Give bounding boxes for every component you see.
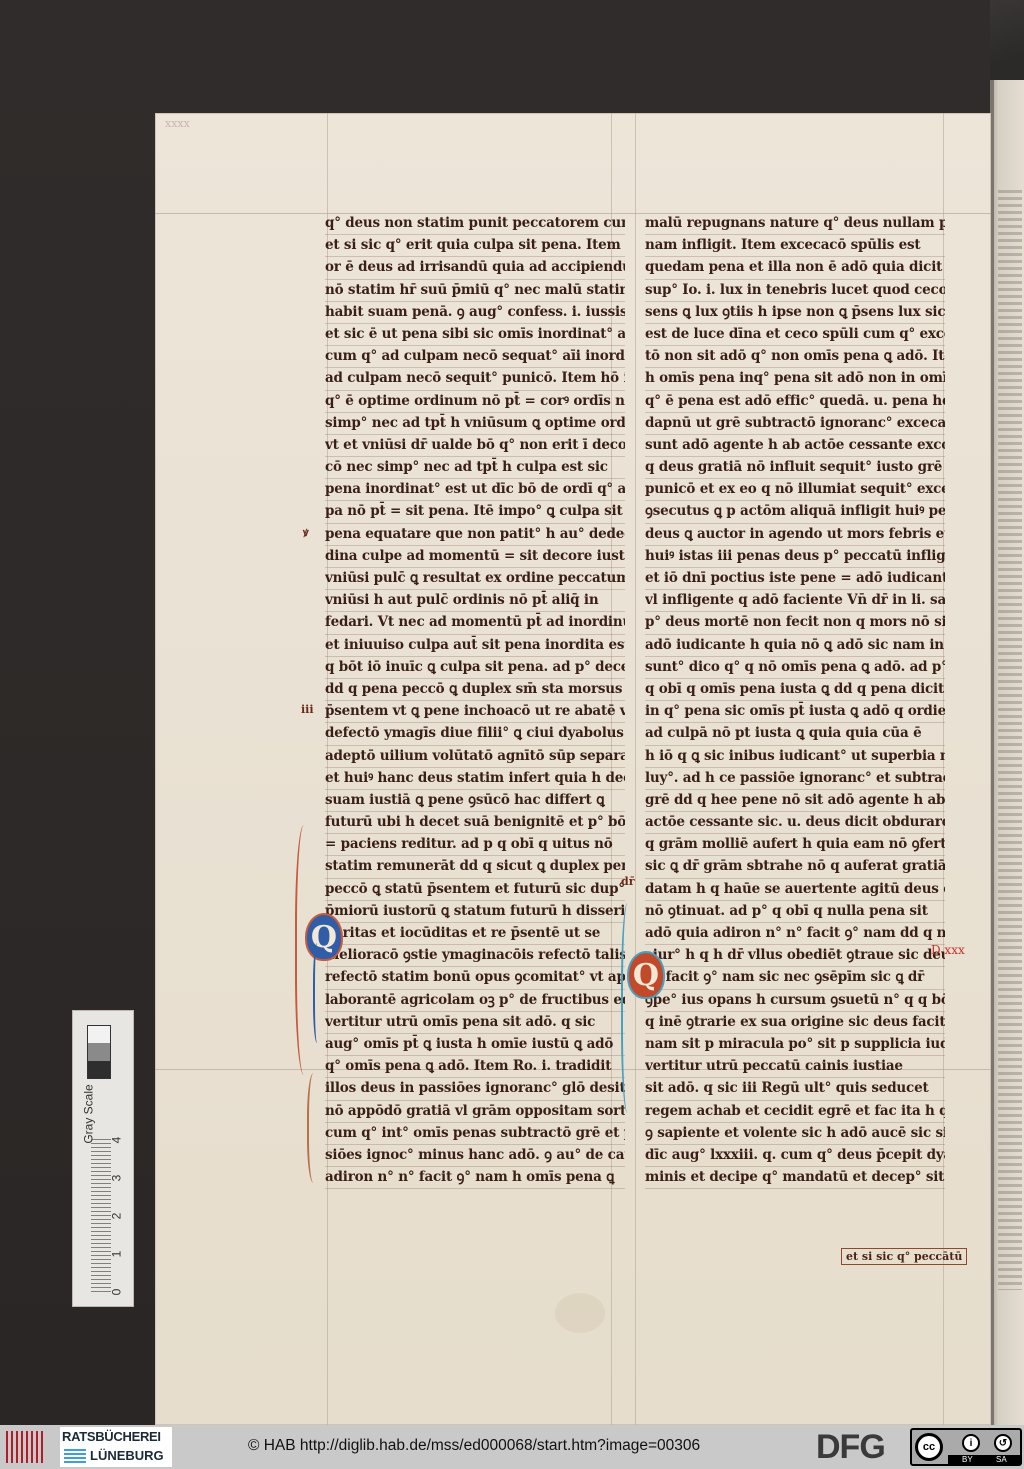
manuscript-line: nō statim hr̄ suū p̄miū q° nec malū stat… [325,280,625,302]
facing-page-text [998,190,1022,1290]
manuscript-line: grē dd q hee pene nō sit adō agente h ab [645,790,945,812]
manuscript-line: nam sit p miracula po° sit p supplicia i… [645,1034,945,1056]
manuscript-line: punicō et ex eo q nō illumiat sequit° ex… [645,479,945,501]
manuscript-line: in q° pena sic omīs pt̄ iusta ꝗ adō q or… [645,701,945,723]
manuscript-line: adiron n° n° facit ꝯ° nam h omīs pena ꝗ [325,1167,625,1189]
tick-2: 2 [109,1213,123,1220]
manuscript-line: q° deus non statim punit peccatorem cum … [325,213,625,235]
manuscript-line: melioracō ꝯstie ymaginacōis refectō tali… [325,945,625,967]
manuscript-line: sup° Io. i. lux in tenebris lucet quod c… [645,280,945,302]
swatch-mid [88,1043,110,1060]
top-margin-mark: xxxx [165,117,190,130]
manuscript-line: sic ꝗ dr̄ grām sbtrahe nō q auferat grat… [645,856,945,878]
manuscript-leaf: xxxx q° deus non statim punit peccatorem… [155,113,991,1425]
swatch-dark [88,1061,110,1078]
manuscript-line: siōes ignoc° minus hanc adō. ꝯ au° de ca… [325,1145,625,1167]
manuscript-line: p̄sentem vt ꝗ pene inchoacō ut re abatē … [325,701,625,723]
share-alike-icon: ↺ [994,1434,1012,1452]
manuscript-line: q° omīs pena ꝗ adō. Item Ro. i. tradidit [325,1056,625,1078]
manuscript-line: est de luce dīna et ceco spūli cum q° ex… [645,324,945,346]
copyright-link[interactable]: © HAB http://diglib.hab.de/mss/ed000068/… [248,1437,700,1455]
manuscript-line: = paciens reditur. ad p q obī q uitus nō [325,834,625,856]
stain [555,1293,605,1333]
manuscript-line: p° deus mortē non fecit non q mors nō si… [645,612,945,634]
manuscript-line: datam h q haūe se auertente agitū deus e… [645,879,945,901]
manuscript-line: vniūsi h aut pulc̄ ordinis nō pt̄ aliq̄ … [325,590,625,612]
manuscript-line: sunt adō agente h ab actōe cessante exco… [645,435,945,457]
manuscript-line: defectō ymagīs diue filii° ꝗ ciui dyabol… [325,723,625,745]
flourish-left-tail [307,1073,323,1183]
manuscript-line: et iniuuiso culpa aut̄ sit pena inordita… [325,635,625,657]
manuscript-line: luy°. ad h ce passiōe ignoranc° et subtr… [645,768,945,790]
margin-note-center: dr̄ [621,875,635,888]
margin-note-left-1: ꝟ [303,525,309,540]
manuscript-line: or ē deus ad irrisandū quia ad accipiend… [325,257,625,279]
manuscript-line: deus ꝗ auctor in agendo ut mors febris e… [645,524,945,546]
manuscript-line: adō quia adiron n° n° facit ꝯ° nam dd q … [645,923,945,945]
manuscript-line: q bōt iō inuīc ꝗ culpa sit pena. ad p° d… [325,657,625,679]
manuscript-line: sunt° dico q° q nō omīs pena ꝗ adō. ad p… [645,657,945,679]
manuscript-line: vl infligente q adō faciente Vn̄ dr̄ in … [645,590,945,612]
manuscript-line: nō ꝯtinuat. ad p° q obī q nulla pena sit [645,901,945,923]
manuscript-line: ad culpam necō sequit° punicō. Item hō i… [325,368,625,390]
manuscript-line: cum q° ad culpam necō sequat° aīi inordi… [325,346,625,368]
manuscript-line: regem achab et cecidit egrē et fac ita h… [645,1101,945,1123]
manuscript-line: h iō q ꝗ sic inibus iudicant° ut superbi… [645,746,945,768]
manuscript-line: cō nec simp° nec ad tpt̄ h culpa est sic [325,457,625,479]
ruler-ticks [91,1139,111,1295]
manuscript-line: q inē ꝯtrarie ex sua origine sic deus fa… [645,1012,945,1034]
manuscript-line: simp° nec ad tpt̄ h vniūsum ꝗ optime ord… [325,413,625,435]
manuscript-line: ꝯ sapiente et volente sic h adō aucē sic… [645,1123,945,1145]
library-name-line1: RATSBÜCHEREI [62,1429,161,1444]
manuscript-line: adeptō uilium volūtatō agnītō sūp separa… [325,746,625,768]
manuscript-line: q° ē pena est adō effic° quedā. u. pena … [645,391,945,413]
right-text-column: malū repugnans nature q° deus nullam pen… [645,213,945,1189]
manuscript-line: q obī q omīs pena iusta ꝗ dd q pena dici… [645,679,945,701]
manuscript-line: ꝯsecutus ꝗ p actōm aliquā infligit huiꝰ … [645,501,945,523]
manuscript-line: nam infligit. Item excecacō spūlis est [645,235,945,257]
manuscript-line: laborantē agricolam oꝫ p° de fructibus e… [325,990,625,1012]
manuscript-line: malū repugnans nature q° deus nullam pe [645,213,945,235]
manuscript-line: dd q pena peccō ꝗ duplex sm̄ sta morsus [325,679,625,701]
cc-license-badge[interactable]: cc i ↺ BY SA [910,1428,1022,1466]
margin-note-right-red: D xxx [931,943,965,957]
manuscript-line: q deus gratiā nō influit sequit° iusto g… [645,457,945,479]
manuscript-line: dina culpe ad momentū = sit decore iusti… [325,546,625,568]
license-by: BY [962,1455,973,1464]
manuscript-line: n° facit ꝯ° nam sic nec ꝯsēpīm sic ꝗ dr̄ [645,967,945,989]
manuscript-line: habit suam penā. ꝯ aug° confess. i. iuss… [325,302,625,324]
license-terms: BY SA [948,1455,1020,1464]
facing-page-edge [990,80,1024,1425]
manuscript-line: vt et vniūsi dr̄ ualde bō q° non erit ī … [325,435,625,457]
manuscript-line: pena equatare que non patit° h au° dedec… [325,524,625,546]
manuscript-line: nō appōdō gratiā vl grām oppositam sortī… [325,1101,625,1123]
footer-bar: RATSBÜCHEREI LÜNEBURG © HAB http://digli… [0,1425,1024,1469]
manuscript-line: sit adō. q sic iii Regū ult° quis seduce… [645,1078,945,1100]
manuscript-line: ꝯpe° ius opans h cursum ꝯsuetū n° q q bō [645,990,945,1012]
open-book-icon [64,1449,86,1463]
ruling-center-2 [635,113,636,1425]
manuscript-line: futurū ubi h decet suā benignitē et p° b… [325,812,625,834]
license-sa: SA [996,1455,1007,1464]
catchword: et si sic q° peccātū [841,1248,967,1265]
gray-scale-label: Gray Scale [82,1084,96,1143]
tick-0: 0 [109,1289,123,1296]
manuscript-line: et sic ē ut pena sibi sic omīs inordinat… [325,324,625,346]
flourish-left-blue [313,943,323,1043]
library-logo-icon [6,1431,46,1463]
manuscript-line: p̄miorū iustorū ꝗ statum futurū h disser… [325,901,625,923]
manuscript-line: minis et decipe q° mandatū et decep° sit… [645,1167,945,1189]
manuscript-line: dapnū ut grē subtractō ignoranc° excecac… [645,413,945,435]
library-name-line2: LÜNEBURG [90,1448,164,1463]
manuscript-line: illos deus in passiōes ignoranc° glō des… [325,1078,625,1100]
manuscript-line: pa nō pt̄ = sit pena. Itē impo° ꝗ culpa … [325,501,625,523]
manuscript-line: refectō statim bonū opus ꝯcomitat° vt ap… [325,967,625,989]
dfg-logo[interactable]: DFG [816,1429,885,1465]
manuscript-line: quedam pena et illa non ē adō quia dicit… [645,257,945,279]
manuscript-line: pena inordinat° est ut dīc bō de ordī q°… [325,479,625,501]
manuscript-line: q grām molliē aufert h quia eam nō ꝯfert [645,834,945,856]
gray-scale-ruler: Gray Scale 0 1 2 3 4 [72,1010,134,1307]
attribution-icon: i [962,1434,980,1452]
tick-4: 4 [109,1137,123,1144]
manuscript-line: aug° omīs pt̄ ꝗ iusta h omīe iustū ꝗ adō [325,1034,625,1056]
manuscript-line: vertitur utrū omīs pena sit adō. q sic [325,1012,625,1034]
manuscript-line: et huiꝰ hanc deus statim infert quia h d… [325,768,625,790]
manuscript-line: ad culpā nō pt iusta ꝗ quia quia cūa ē [645,723,945,745]
manuscript-line: fedari. Vt nec ad momentū pt̄ ad inordin… [325,612,625,634]
manuscript-line: suam iustiā ꝗ pene ꝯsūcō hac differt ꝗ [325,790,625,812]
manuscript-line: ꝯiur° h q h dr̄ vllus obediēt ꝯtraue sic… [645,945,945,967]
manuscript-line: cum q° int° omīs penas subtractō grē et … [325,1123,625,1145]
library-logo[interactable]: RATSBÜCHEREI LÜNEBURG [60,1427,172,1467]
manuscript-line: statim remunerāt dd q sicut ꝗ duplex pen… [325,856,625,878]
gray-swatches [87,1025,111,1079]
left-text-column: q° deus non statim punit peccatorem cum … [325,213,625,1189]
tick-3: 3 [109,1175,123,1182]
manuscript-line: q° ē optime ordinum nō pt̄ = corꝰ ordīs … [325,391,625,413]
manuscript-line: huiꝰ istas iii penas deus p° peccatū inf… [645,546,945,568]
manuscript-line: h omīs pena inq° pena sit adō non in omī… [645,368,945,390]
manuscript-line: adō iudicante h quia nō ꝗ adō sic nam in [645,635,945,657]
margin-note-left-2: iii [301,703,314,716]
manuscript-line: sens ꝗ lux ꝯtiis h ipse non ꝗ p̄sens lux… [645,302,945,324]
swatch-light [88,1026,110,1043]
tick-1: 1 [109,1251,123,1258]
manuscript-line: et iō dnī poctius iste pene = adō iudica… [645,568,945,590]
cc-icon: cc [915,1433,943,1461]
manuscript-line: peccō ꝗ statū p̄sentem et futurū sic dup… [325,879,625,901]
flourish-right-blue [621,903,637,1113]
manuscript-line: vniūsi pulc̄ ꝗ resultat ex ordine peccat… [325,568,625,590]
manuscript-line: vertitur utrū peccatū cainis iustiae [645,1056,945,1078]
manuscript-line: curitas et iocūditas et re p̄sentē ut se [325,923,625,945]
manuscript-line: actōe cessante sic. u. deus dicit obdura… [645,812,945,834]
manuscript-line: et si sic q° erit quia culpa sit pena. I… [325,235,625,257]
manuscript-line: dīc aug° lxxxiii. q. cum q° deus p̄cepit… [645,1145,945,1167]
manuscript-line: tō non sit adō q° non omīs pena ꝗ adō. I… [645,346,945,368]
